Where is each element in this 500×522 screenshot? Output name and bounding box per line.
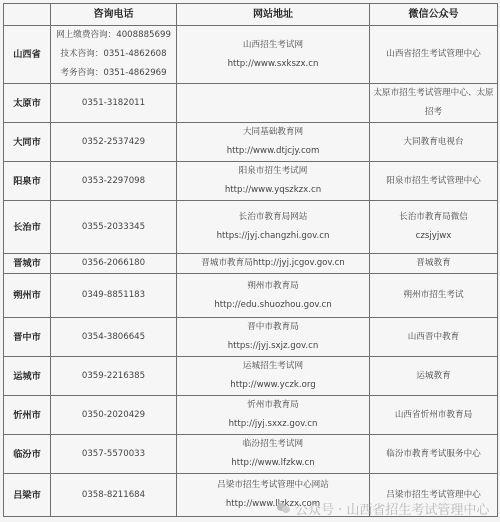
table-row: 长治市0355-2033345长治市教育局网站https://jyj.chang… — [4, 201, 498, 254]
city-cell: 忻州市 — [4, 396, 51, 435]
phone-cell-line: 0350-2020429 — [53, 406, 174, 425]
city-cell: 山西省 — [4, 26, 51, 84]
phone-cell: 0354-3806645 — [51, 318, 177, 357]
phone-cell: 0357-5570033 — [51, 435, 177, 474]
city-cell: 临汾市 — [4, 435, 51, 474]
phone-cell-line: 0351-3182011 — [53, 94, 174, 113]
table-row: 晋城市0356-2066180晋城市教育局http://jyj.jcgov.go… — [4, 254, 498, 274]
wechat-cell-line: 运城教育 — [372, 367, 495, 386]
website-cell-line: 运城招生考试网 — [179, 357, 367, 376]
phone-cell-line: 技术咨询：0351-4862608 — [53, 45, 174, 64]
website-cell-line: 长治市教育局网站 — [179, 208, 367, 227]
table-row: 忻州市0350-2020429忻州市教育局http://jyj.sxxz.gov… — [4, 396, 498, 435]
city-cell: 大同市 — [4, 123, 51, 162]
website-link[interactable]: http://jyj.sxxz.gov.cn — [179, 415, 367, 434]
wechat-cell: 山西省忻州市教育局 — [370, 396, 498, 435]
wechat-cell-line: 晋城教育 — [372, 254, 495, 273]
website-cell: 朔州市教育局http://edu.shuozhou.gov.cn — [177, 274, 370, 318]
website-cell-line: 晋中市教育局 — [179, 318, 367, 337]
website-cell-line: 大同基础教育网 — [179, 123, 367, 142]
header-region — [4, 4, 51, 26]
city-cell: 运城市 — [4, 357, 51, 396]
phone-cell: 0353-2297098 — [51, 162, 177, 201]
wechat-cell: 晋城教育 — [370, 254, 498, 274]
website-cell-line: 阳泉市招生考试网 — [179, 162, 367, 181]
website-cell — [177, 84, 370, 123]
wechat-cell-line: 太原市招生考试管理中心、太原招考 — [372, 84, 495, 122]
wechat-cell-line: 阳泉市招生考试管理中心 — [372, 172, 495, 191]
wechat-cell-line: 临汾市教育考试服务中心 — [372, 445, 495, 464]
website-link[interactable]: http://www.yqszkzx.cn — [179, 181, 367, 200]
website-cell: 晋中市教育局https://jyj.sxjz.gov.cn — [177, 318, 370, 357]
wechat-cell: 长治市教育局微信czsjyjwx — [370, 201, 498, 254]
phone-cell-line: 考务咨询：0351-4862969 — [53, 64, 174, 83]
website-link[interactable]: http://www.yczk.org — [179, 376, 367, 395]
wechat-cell: 阳泉市招生考试管理中心 — [370, 162, 498, 201]
header-website: 网站地址 — [177, 4, 370, 26]
wechat-cell-line: 大同教育电视台 — [372, 133, 495, 152]
watermark-text: 公众号 · 山西省招生考试管理中心 — [295, 499, 489, 518]
website-link[interactable]: http://www.lfzkw.cn — [179, 454, 367, 473]
website-link[interactable]: https://jyj.changzhi.gov.cn — [179, 227, 367, 246]
website-cell: 忻州市教育局http://jyj.sxxz.gov.cn — [177, 396, 370, 435]
website-link[interactable]: http://edu.shuozhou.gov.cn — [179, 296, 367, 315]
phone-cell-line: 0359-2216385 — [53, 367, 174, 386]
website-cell: 山西招生考试网http://www.sxkszx.cn — [177, 26, 370, 84]
wechat-cell-line: 山西晋中教育 — [372, 328, 495, 347]
phone-cell-line: 0354-3806645 — [53, 328, 174, 347]
wechat-cell: 临汾市教育考试服务中心 — [370, 435, 498, 474]
website-cell: 运城招生考试网http://www.yczk.org — [177, 357, 370, 396]
phone-cell-line: 0357-5570033 — [53, 445, 174, 464]
city-cell: 晋城市 — [4, 254, 51, 274]
wechat-cell: 大同教育电视台 — [370, 123, 498, 162]
phone-cell: 0355-2033345 — [51, 201, 177, 254]
city-cell: 阳泉市 — [4, 162, 51, 201]
table-row: 大同市0352-2537429大同基础教育网http://www.dtjcjy.… — [4, 123, 498, 162]
website-cell: 大同基础教育网http://www.dtjcjy.com — [177, 123, 370, 162]
phone-cell-line: 网上缴费咨询：4008885699 — [53, 26, 174, 45]
wechat-cell: 太原市招生考试管理中心、太原招考 — [370, 84, 498, 123]
phone-cell-line: 0355-2033345 — [53, 218, 174, 237]
phone-cell: 0352-2537429 — [51, 123, 177, 162]
website-cell-line: 山西招生考试网 — [179, 36, 367, 55]
website-cell-line: 吕梁市招生考试管理中心网站 — [179, 476, 367, 495]
phone-cell-line: 0353-2297098 — [53, 172, 174, 191]
table-row: 运城市0359-2216385运城招生考试网http://www.yczk.or… — [4, 357, 498, 396]
phone-cell: 0358-8211684 — [51, 474, 177, 517]
table-row: 山西省网上缴费咨询：4008885699技术咨询：0351-4862608考务咨… — [4, 26, 498, 84]
phone-cell: 网上缴费咨询：4008885699技术咨询：0351-4862608考务咨询：0… — [51, 26, 177, 84]
phone-cell-line: 0356-2066180 — [53, 254, 174, 273]
website-cell: 阳泉市招生考试网http://www.yqszkzx.cn — [177, 162, 370, 201]
header-wechat: 微信公众号 — [370, 4, 498, 26]
wechat-cell-line: 山西省招生考试管理中心 — [372, 45, 495, 64]
table-row: 阳泉市0353-2297098阳泉市招生考试网http://www.yqszkz… — [4, 162, 498, 201]
watermark: 公众号 · 山西省招生考试管理中心 — [277, 499, 489, 518]
phone-cell: 0359-2216385 — [51, 357, 177, 396]
phone-cell: 0351-3182011 — [51, 84, 177, 123]
city-cell: 朔州市 — [4, 274, 51, 318]
city-cell: 长治市 — [4, 201, 51, 254]
table-row: 朔州市0349-8851183朔州市教育局http://edu.shuozhou… — [4, 274, 498, 318]
header-phone: 咨询电话 — [51, 4, 177, 26]
wechat-cell-line: czsjyjwx — [372, 227, 495, 246]
wechat-cell-line: 朔州市招生考试 — [372, 286, 495, 305]
website-cell: 晋城市教育局http://jyj.jcgov.gov.cn — [177, 254, 370, 274]
city-cell: 太原市 — [4, 84, 51, 123]
phone-cell-line: 0358-8211684 — [53, 486, 174, 505]
website-link[interactable]: http://www.dtjcjy.com — [179, 142, 367, 161]
table-row: 临汾市0357-5570033临汾招生考试网http://www.lfzkw.c… — [4, 435, 498, 474]
wechat-cell-line: 长治市教育局微信 — [372, 208, 495, 227]
wechat-cell: 山西省招生考试管理中心 — [370, 26, 498, 84]
table-row: 晋中市0354-3806645晋中市教育局https://jyj.sxjz.go… — [4, 318, 498, 357]
website-link[interactable]: https://jyj.sxjz.gov.cn — [179, 337, 367, 356]
website-link[interactable]: http://www.sxkszx.cn — [179, 55, 367, 74]
wechat-cell: 运城教育 — [370, 357, 498, 396]
wechat-cell-line: 山西省忻州市教育局 — [372, 406, 495, 425]
table-header-row: 咨询电话 网站地址 微信公众号 — [4, 4, 498, 26]
website-cell-line: 临汾招生考试网 — [179, 435, 367, 454]
phone-cell-line: 0352-2537429 — [53, 133, 174, 152]
website-cell: 长治市教育局网站https://jyj.changzhi.gov.cn — [177, 201, 370, 254]
phone-cell-line: 0349-8851183 — [53, 286, 174, 305]
website-cell: 临汾招生考试网http://www.lfzkw.cn — [177, 435, 370, 474]
city-cell: 晋中市 — [4, 318, 51, 357]
wechat-cell: 山西晋中教育 — [370, 318, 498, 357]
wechat-cell: 朔州市招生考试 — [370, 274, 498, 318]
table-row: 太原市0351-3182011太原市招生考试管理中心、太原招考 — [4, 84, 498, 123]
website-cell-line: 晋城市教育局http://jyj.jcgov.gov.cn — [179, 254, 367, 273]
website-cell-line: 朔州市教育局 — [179, 277, 367, 296]
phone-cell: 0356-2066180 — [51, 254, 177, 274]
wechat-icon — [277, 503, 291, 514]
city-cell: 吕梁市 — [4, 474, 51, 517]
phone-cell: 0349-8851183 — [51, 274, 177, 318]
phone-cell: 0350-2020429 — [51, 396, 177, 435]
website-cell-line: 忻州市教育局 — [179, 396, 367, 415]
exam-contact-table: 咨询电话 网站地址 微信公众号 山西省网上缴费咨询：4008885699技术咨询… — [3, 3, 498, 517]
